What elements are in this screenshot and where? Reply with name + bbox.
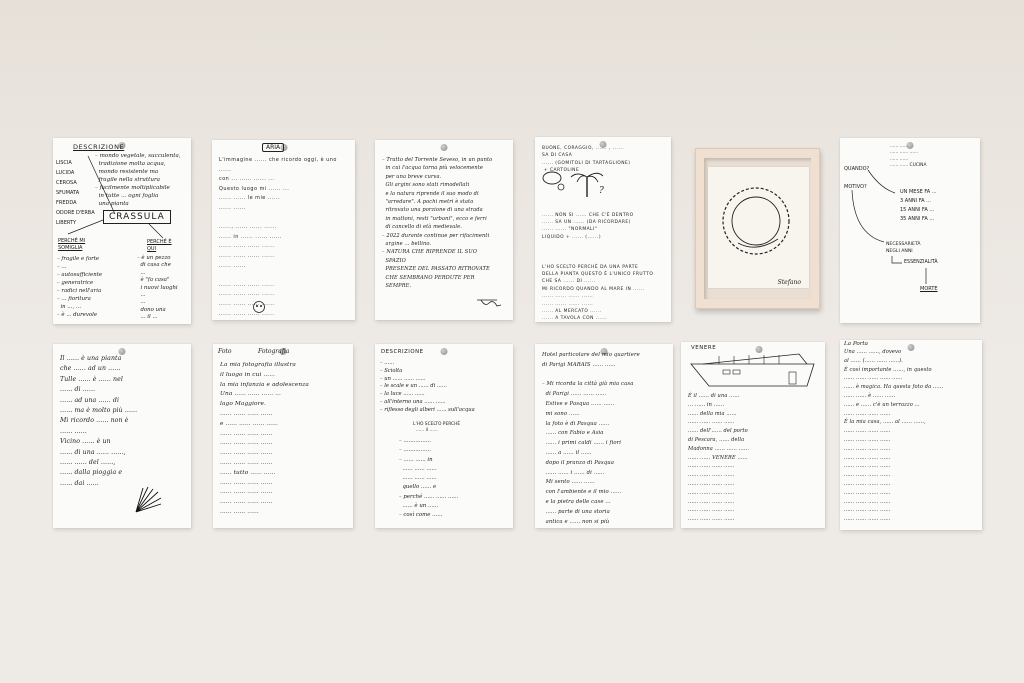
- wreath-drawing-icon: [716, 181, 796, 261]
- sheet-crassula: DESCRIZIONE LISCIA LUCIDA CEROSA SFUMATA…: [53, 138, 191, 324]
- sheet-fruit: BUONE, CORAGGIO, ...... , ...... SA DI C…: [535, 137, 671, 322]
- pin: [441, 348, 448, 355]
- palm-tree-doodle-icon: ?: [541, 169, 611, 199]
- sheet-descrizione-2: DESCRIZIONE – ...... – Sciolta – un ....…: [375, 344, 513, 528]
- signature-scribble: [475, 297, 501, 309]
- arrows: [840, 138, 980, 323]
- gallery-wall: { "scene": { "description": "Gallery wal…: [0, 0, 1024, 683]
- sheet-seveso: – Tratto del Torrente Seveso, in un punt…: [375, 140, 513, 320]
- sheet-la-porta: La Porta Una ...... ......, dovevo al ..…: [840, 340, 982, 530]
- sheet-aria: ARIA L'immagine ...... che ricordo oggi,…: [212, 140, 355, 320]
- subtitle: L'HO SCELTO PERCHÉ ...... il ......: [413, 422, 460, 434]
- items: – ...... – Sciolta – un ...... ...... ..…: [380, 360, 475, 415]
- why-title: PERCHÉ MI SOMIGLIA: [58, 238, 94, 252]
- skull-doodle-icon: [252, 300, 266, 314]
- sheet-title: DESCRIZIONE: [381, 349, 424, 355]
- why-items: – fragile e forte – ... – autosufficient…: [57, 255, 102, 319]
- why-here-items: – è un pezzo di casa che ... è "fa casa"…: [137, 255, 178, 322]
- sheet-venere: VENERE È il ...... di una ...... ... ...…: [681, 342, 825, 528]
- why-here-title: PERCHÉ È QUI: [147, 239, 177, 253]
- reasons: – ................ – ................ – …: [399, 437, 458, 521]
- sheet-text: Hotel particolare del mio quartiere di P…: [542, 351, 667, 527]
- sheet-text: – Tratto del Torrente Seveso, in un punt…: [382, 156, 507, 291]
- title-right: Fotografia: [258, 348, 289, 355]
- pin: [441, 144, 448, 151]
- framed-drawing: Stefano: [695, 148, 820, 309]
- sheet-text: La mia fotografia illustra il luogo in c…: [220, 361, 347, 518]
- sheet-title: La Porta: [844, 341, 868, 347]
- boat-drawing-icon: [689, 350, 819, 390]
- sheet-text: L'immagine ...... che ricordo oggi, è un…: [219, 156, 349, 320]
- sheet-text: È il ...... di una ...... ... ...... in …: [688, 392, 819, 524]
- sheet-text: Il ...... è una pianta che ...... ad un …: [60, 354, 185, 489]
- sheet-fotografia: Foto Fotografia La mia fotografia illust…: [213, 344, 353, 528]
- framed-paper: [708, 167, 809, 288]
- svg-text:?: ?: [599, 186, 604, 196]
- sheet-motivo: ...... ...... ...... ...... ...... .....…: [840, 138, 980, 323]
- signature: Stefano: [778, 279, 801, 286]
- grass-sketch-icon: [133, 484, 163, 514]
- title-left: Foto: [218, 348, 231, 355]
- sheet-plant-note: Il ...... è una pianta che ...... ad un …: [53, 344, 191, 528]
- sheet-text: Una ...... ......, dovevo al ...... (...…: [844, 348, 976, 524]
- sheet-marais: Hotel particolare del mio quartiere di P…: [535, 344, 673, 528]
- sheet-title: ARIA: [262, 143, 284, 152]
